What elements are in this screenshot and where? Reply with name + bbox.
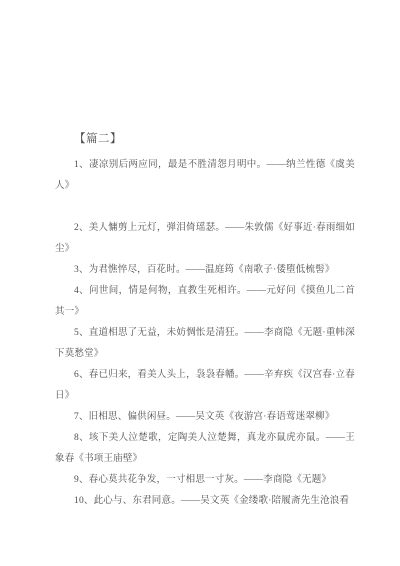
quote-item-6: 6、春已归来，看美人头上，袅袅春幡。——辛弃疾《汉宫春·立春日》 [55,365,355,407]
document-content: 【篇二】 1、凄凉别后两应同，最是不胜清怨月明中。——纳兰性德《虞美人》 2、美… [55,128,355,512]
quote-item-2: 2、美人慵剪上元灯，弹泪倚瑶瑟。——朱敦儒《好事近·春雨细如尘》 [55,218,355,260]
quote-item-3: 3、为君憔悴尽，百花时。——温庭筠《南歌子·倭堕低梳髻》 [55,260,355,281]
quote-item-7: 7、旧相思、偏供闲昼。——吴文英《夜游宫·春语莺迷翠柳》 [55,407,355,428]
quote-item-4: 4、问世间，情是何物，直教生死相许。——元好问《摸鱼儿二首其一》 [55,281,355,323]
quote-item-8: 8、垓下美人泣楚歌，定陶美人泣楚舞，真龙亦鼠虎亦鼠。——王象春《书项王庙壁》 [55,428,355,470]
quote-item-5: 5、直道相思了无益，未妨惆怅是清狂。——李商隐《无题·重帏深下莫愁堂》 [55,323,355,365]
quote-item-1: 1、凄凉别后两应同，最是不胜清怨月明中。——纳兰性德《虞美人》 [55,155,355,197]
document-page: 【篇二】 1、凄凉别后两应同，最是不胜清怨月明中。——纳兰性德《虞美人》 2、美… [0,0,400,566]
quote-item-9: 9、春心莫共花争发，一寸相思一寸灰。——李商隐《无题》 [55,470,355,491]
section-header: 【篇二】 [55,128,355,150]
quote-item-10: 10、此心与、东君同意。——吴文英《金缕歌·陪履斋先生沧浪看 [55,491,355,512]
